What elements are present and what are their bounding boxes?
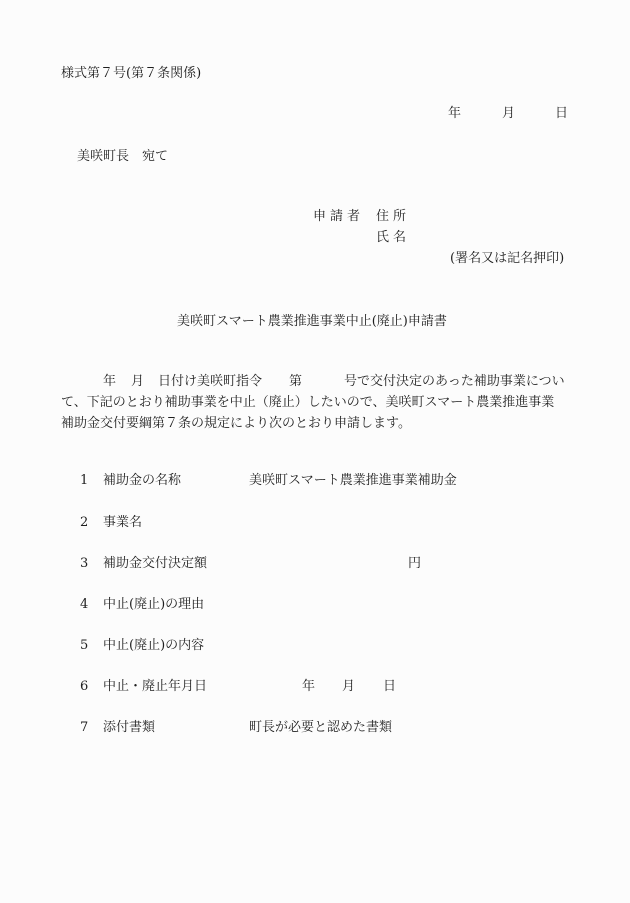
item-label: 中止(廃止)の理由 xyxy=(103,597,204,613)
item-value: 町長が必要と認めた書類 xyxy=(249,720,392,736)
cancel-month-label: 月 xyxy=(342,679,355,695)
item-value: 美咲町スマート農業推進事業補助金 xyxy=(249,473,457,489)
statement-line-3: 補助金交付要綱第７条の規定により次のとおり申請します。 xyxy=(61,413,571,434)
item-number: 6 xyxy=(80,679,88,695)
item-number: 1 xyxy=(80,473,88,489)
date-month-label: 月 xyxy=(502,106,515,122)
date-day-label: 日 xyxy=(555,106,568,122)
applicant-name-label: 氏名 xyxy=(376,230,410,246)
statement-line-2: て、下記のとおり補助事業を中止（廃止）したいので、美咲町スマート農業推進事業 xyxy=(61,392,571,413)
form-number: 様式第７号(第７条関係) xyxy=(61,66,201,82)
item-label: 添付書類 xyxy=(103,720,155,736)
date-year-label: 年 xyxy=(448,106,461,122)
applicant-address-label: 住所 xyxy=(376,209,410,225)
cancel-year-label: 年 xyxy=(302,679,315,695)
applicant-label: 申請者 xyxy=(313,209,364,225)
item-label: 事業名 xyxy=(103,515,142,531)
seal-note: (署名又は記名押印) xyxy=(450,251,564,267)
item-label: 補助金の名称 xyxy=(103,473,181,489)
item-number: 5 xyxy=(80,638,88,654)
statement-month: 月 xyxy=(131,371,144,392)
statement-day-prefix: 日付け美咲町指令 xyxy=(158,371,262,392)
application-statement: 年 月 日付け美咲町指令 第 号で交付決定のあった補助事業につい て、下記のとお… xyxy=(61,371,571,434)
cancel-day-label: 日 xyxy=(383,679,396,695)
document-title: 美咲町スマート農業推進事業中止(廃止)申請書 xyxy=(177,314,447,330)
item-number: 3 xyxy=(80,556,88,572)
item-label: 補助金交付決定額 xyxy=(103,556,207,572)
item-number: 4 xyxy=(80,597,88,613)
statement-line-1: 年 月 日付け美咲町指令 第 号で交付決定のあった補助事業につい xyxy=(61,371,571,392)
item-number: 7 xyxy=(80,720,88,736)
item-label: 中止・廃止年月日 xyxy=(103,679,207,695)
item-number: 2 xyxy=(80,515,88,531)
statement-rest: 号で交付決定のあった補助事業につい xyxy=(344,371,565,392)
document-page: 様式第７号(第７条関係) 年 月 日 美咲町長 宛て 申請者 住所 氏名 (署名… xyxy=(0,0,630,903)
statement-dai: 第 xyxy=(289,371,302,392)
addressee: 美咲町長 宛て xyxy=(77,149,168,165)
item-value-yen: 円 xyxy=(408,556,421,572)
statement-year: 年 xyxy=(103,371,116,392)
item-label: 中止(廃止)の内容 xyxy=(103,638,204,654)
